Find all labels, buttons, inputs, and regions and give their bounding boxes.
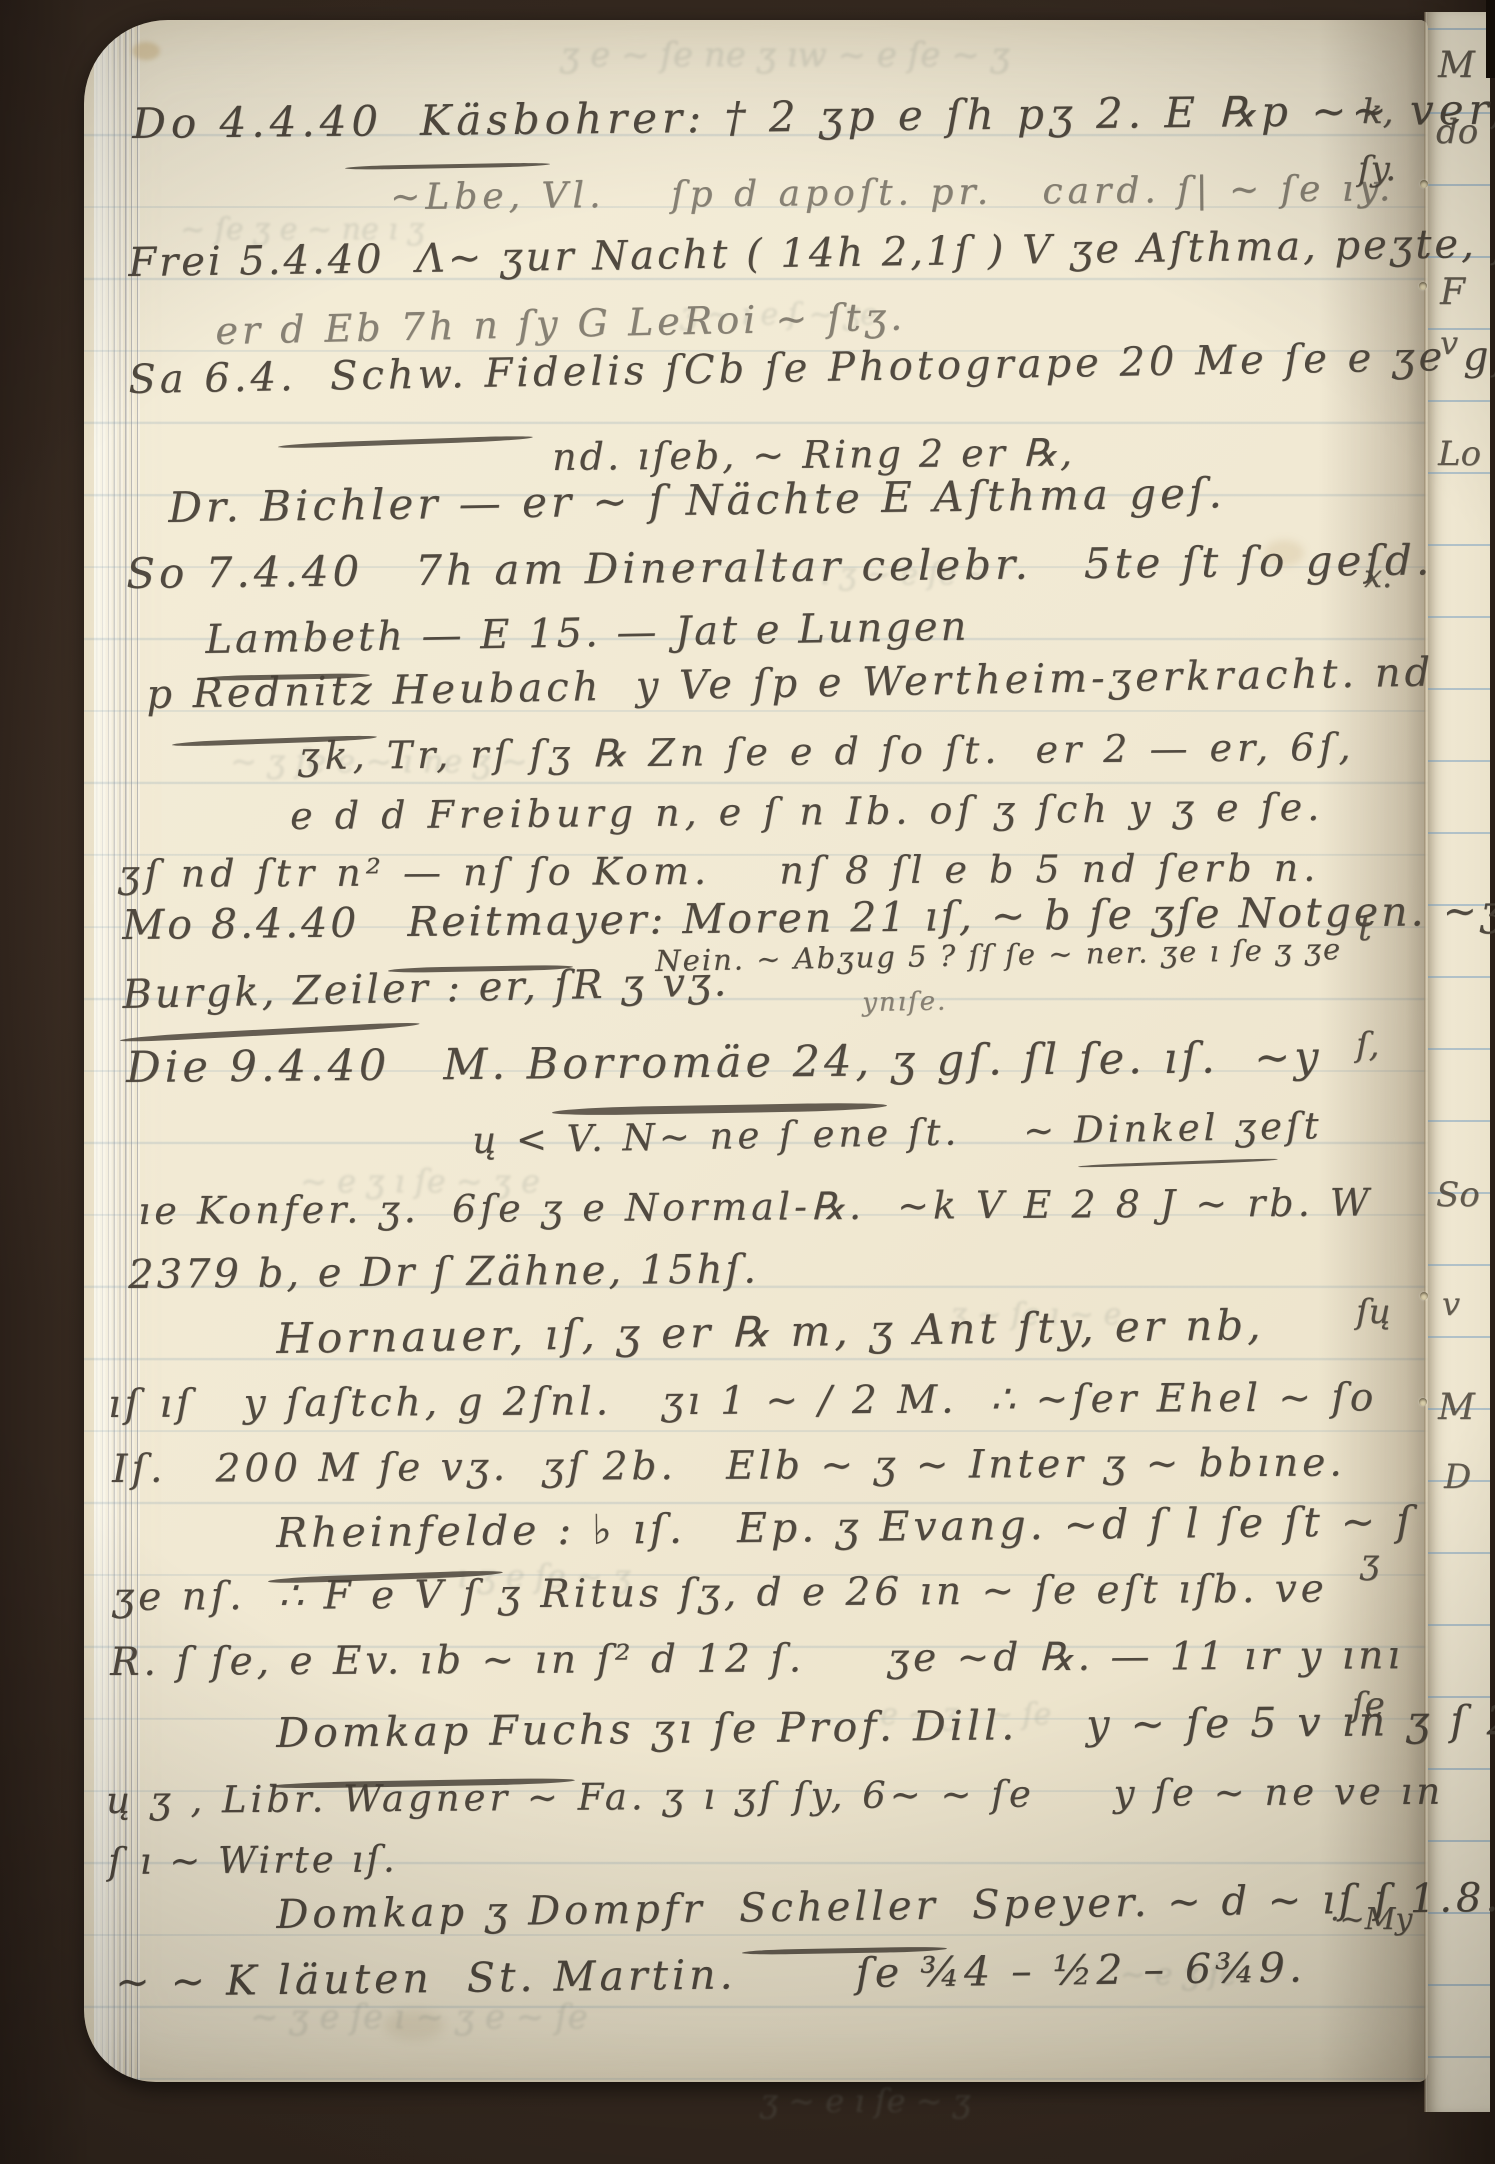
handwriting-line: Iſ. 200 M ſe vʒ. ʒſ 2b. Elb ~ ʒ ~ Inter … bbox=[112, 1444, 1346, 1489]
handwriting-layer: ʒ e ~ ſe ne ʒ ıw ~ e ſe ~ ʒ~ ſe ʒ e ~ ne… bbox=[0, 0, 1495, 2164]
handwritten-underline bbox=[1078, 1158, 1278, 1168]
handwriting-line: ų ʒ , Libr. Wagner ~ Fa. ʒ ı ʒſ ſy, 6~ ~… bbox=[106, 1773, 1444, 1819]
handwriting-line: Hornauer, ıſ, ʒ er ℞ m, ʒ Ant ſty, er nb… bbox=[276, 1304, 1265, 1360]
photo-backdrop: ʒ e ~ ſe ne ʒ ıw ~ e ſe ~ ʒ~ ſe ʒ e ~ ne… bbox=[0, 0, 1495, 2164]
stitch-hole bbox=[1419, 1398, 1427, 1406]
handwriting-line: Die 9.4.40 M. Borromäe 24, ʒ gſ. ſl ſe. … bbox=[126, 1037, 1323, 1090]
handwriting-line: 2379 b, e Dr ſ Zähne, 15hſ. bbox=[128, 1249, 759, 1295]
handwriting-line: p Rednitz Heubach y Ve ſp e Wertheim-ʒer… bbox=[146, 653, 1434, 715]
handwriting-line: e d d Freiburg n, e ſ n Ib. oſ ʒ ſch y ʒ… bbox=[290, 788, 1324, 835]
handwriting-line: Domkap ʒ Dompfr Scheller Speyer. ~ d ~ ı… bbox=[276, 1877, 1495, 1935]
handwriting-line: nd. ıſeb, ~ Ring 2 er ℞, bbox=[552, 433, 1075, 476]
ghost-showthrough-line: ʒ ~ e ı ſe ~ ʒ bbox=[760, 2085, 971, 2117]
cut-off-writing: ſų bbox=[1356, 1295, 1390, 1329]
facing-page-writing: M bbox=[1438, 48, 1475, 84]
stitch-hole bbox=[1420, 1292, 1428, 1300]
handwriting-line: ų < V. N~ ne ſ ene ſt. ~ Dinkel ʒeſt bbox=[472, 1107, 1323, 1159]
handwritten-underline bbox=[120, 1021, 420, 1043]
facing-page-writing: F bbox=[1440, 275, 1465, 311]
cut-off-writing: ſe bbox=[1352, 1688, 1385, 1722]
handwriting-line: Lambeth — E 15. — Jat e Lungen bbox=[205, 607, 970, 660]
handwriting-line: ıſ ıſ y ſaſtch, g 2ſnl. ʒı 1 ~ / 2 M. ∴ … bbox=[108, 1378, 1377, 1424]
cut-off-writing: ʒ bbox=[1360, 1545, 1379, 1579]
handwriting-line: ſ ı ~ Wirte ıſ. bbox=[108, 1840, 398, 1880]
facing-page-writing: D bbox=[1444, 1460, 1471, 1494]
handwriting-line: ynıſe. bbox=[862, 989, 947, 1016]
handwriting-line: ʒk, Tr, rſ ſʒ ℞ Zn ſe e d ſo ſt. er 2 — … bbox=[298, 728, 1356, 775]
handwriting-line: Dr. Bichler — er ~ ſ Nächte E Aſthma geſ… bbox=[168, 472, 1226, 529]
handwriting-line: ~ ~ K läuten St. Martin. ſe ¾4 – ½2 – 6¾… bbox=[115, 1947, 1306, 2003]
stitch-hole bbox=[1419, 282, 1427, 290]
handwritten-underline bbox=[278, 435, 533, 449]
ghost-showthrough-line: ʒ e ~ ſe ne ʒ ıw ~ e ſe ~ ʒ bbox=[560, 38, 1010, 72]
facing-page-writing: Lo bbox=[1438, 437, 1481, 471]
handwriting-line: Domkap Fuchs ʒı ſe Prof. Dill. y ~ ſe 5 … bbox=[276, 1700, 1495, 1754]
facing-page-writing: v bbox=[1442, 1288, 1460, 1320]
facing-page-writing: do bbox=[1436, 115, 1478, 149]
cut-off-writing: x. bbox=[1364, 560, 1392, 592]
handwriting-line: ʒe nſ. ∴ F e V ſ ʒ Ritus ſʒ, d e 26 ın ~… bbox=[112, 1570, 1328, 1617]
cut-off-writing: ſy. bbox=[1358, 152, 1396, 186]
cut-off-writing: ſ, bbox=[1356, 1028, 1379, 1062]
handwritten-underline bbox=[345, 162, 550, 170]
handwriting-line: Rheinfelde : ♭ ıſ. Ep. ʒ Evang. ~d ſ l ſ… bbox=[276, 1501, 1416, 1554]
handwriting-line: R. ſ ſe, e Ev. ıb ~ ın ſ² d 12 ſ. ʒe ~d … bbox=[110, 1636, 1404, 1682]
handwriting-line: Do 4.4.40 Käsbohrer: † 2 ʒp e ſh pʒ 2. E… bbox=[132, 89, 1495, 145]
cut-off-writing: ·~My bbox=[1330, 1905, 1412, 1935]
handwriting-line: er d Eb 7h n ſy G LeRoi ~ ſtʒ. bbox=[215, 298, 906, 350]
facing-page-writing: M bbox=[1438, 1390, 1475, 1426]
stitch-hole bbox=[1420, 180, 1428, 188]
handwriting-line: So 7.4.40 7h am Dineraltar celebr. 5te ſ… bbox=[126, 539, 1433, 595]
handwriting-line: ~Lbe, Vl. ſp d apoſt. pr. card. ſ| ~ ſe … bbox=[390, 171, 1395, 216]
cut-off-writing: t bbox=[1358, 912, 1372, 946]
handwriting-line: ʒſ nd ſtr n² — nſ ſo Kom. nſ 8 ſl e b 5 … bbox=[118, 849, 1320, 893]
facing-page-writing: v bbox=[1440, 327, 1458, 359]
ghost-showthrough-line: ~ ʒ e ſe ı ~ ʒ e ~ ſe bbox=[250, 2000, 588, 2034]
cut-off-writing: k, bbox=[1362, 95, 1393, 129]
handwriting-line: ıe Konfer. ʒ. 6ſe ʒ e Normal-℞. ~k V E 2… bbox=[138, 1183, 1373, 1230]
facing-page-writing: So bbox=[1436, 1178, 1480, 1212]
